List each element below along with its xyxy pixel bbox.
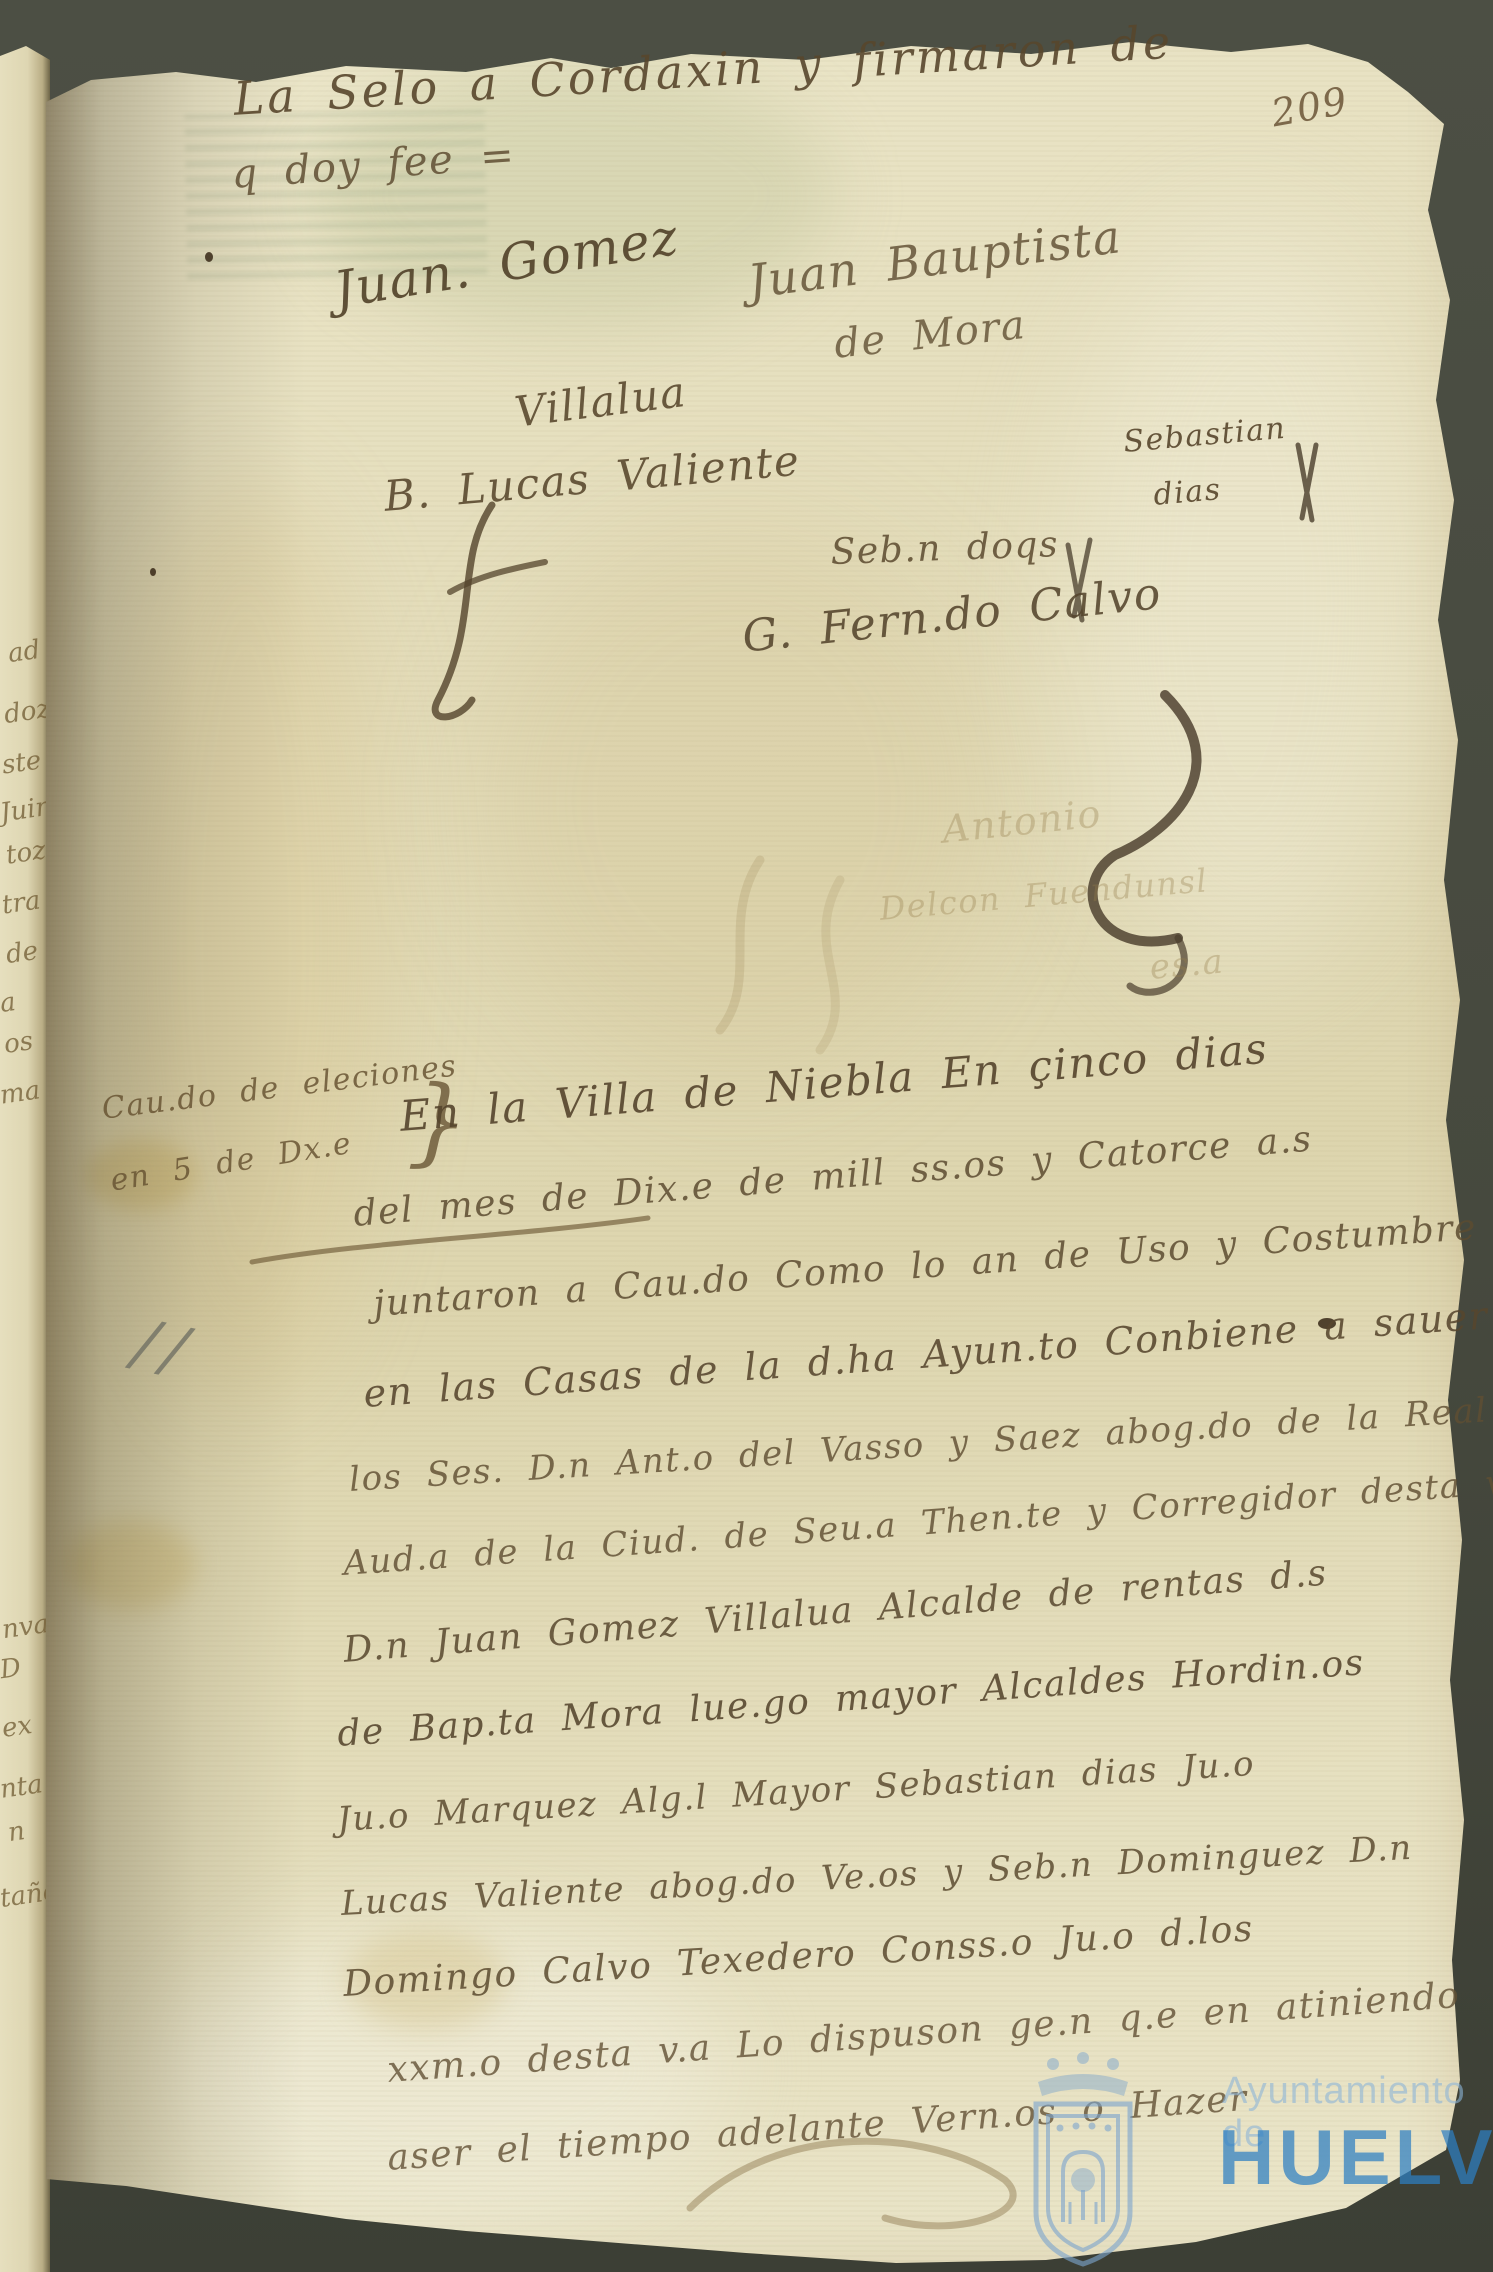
page-edge-fragment: ste bbox=[0, 745, 43, 780]
page-edge-fragment: ad bbox=[6, 635, 42, 669]
page-edge-fragment: nva bbox=[0, 1609, 51, 1645]
page-edge-fragment: doz bbox=[2, 694, 52, 730]
page-edge-fragment: tra bbox=[0, 885, 42, 920]
manuscript-page bbox=[46, 0, 1466, 2272]
page-edge-fragment: Juin bbox=[0, 792, 54, 829]
page-edge-fragment: n bbox=[6, 1816, 27, 1848]
page-edge-fragment: de bbox=[4, 936, 40, 970]
page-edge-fragment: ma bbox=[0, 1075, 42, 1110]
page-edge-fragment: ex bbox=[0, 1710, 34, 1744]
archive-scan: { "document": { "page_number": "209", "c… bbox=[0, 0, 1493, 2272]
page-edge-fragment: a bbox=[0, 987, 18, 1019]
page-edge-fragment: toz bbox=[4, 835, 48, 870]
facing-page-edge: ad doz ste Juin toz tra de a os ma nva D… bbox=[0, 42, 50, 2272]
page-edge-fragment: os bbox=[2, 1026, 35, 1060]
gutter-shadow bbox=[46, 0, 1466, 2272]
page-edge-fragment: nta bbox=[0, 1769, 45, 1805]
page-edge-fragment: D bbox=[0, 1653, 23, 1686]
